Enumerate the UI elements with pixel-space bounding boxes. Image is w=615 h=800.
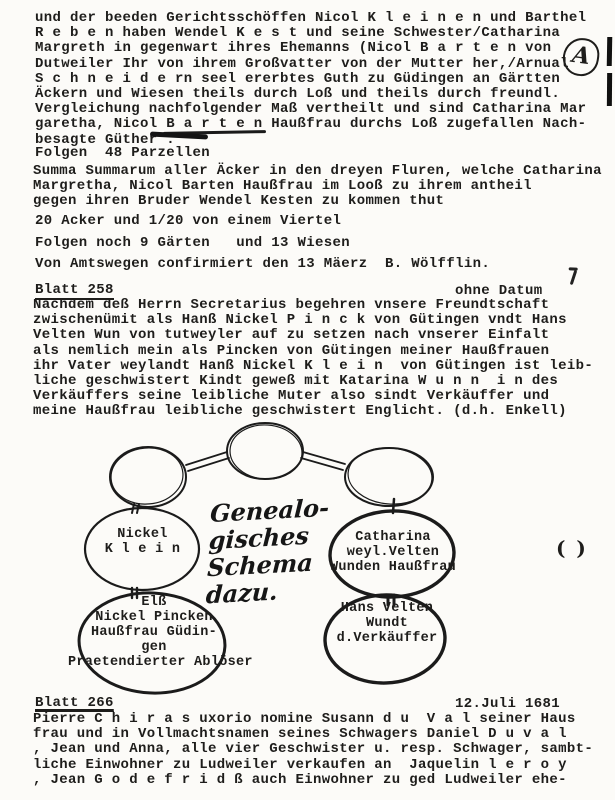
parcels-line: Folgen 48 Parzellen <box>35 146 210 161</box>
blatt-266-heading: Blatt 266 <box>35 696 114 712</box>
marriage-line-right-a <box>303 452 345 464</box>
diagram-node-wundt: Hans Velten Wundt d.Verkäuffer <box>327 601 447 646</box>
handwritten-note: Genealo- gisches Schema dazu. <box>205 494 330 609</box>
scanned-document-page: und der beeden Gerichtsschöffen Nicol K … <box>0 0 615 800</box>
paragraph-block-1: und der beeden Gerichtsschöffen Nicol K … <box>35 11 586 148</box>
diagram-node-klein: Nickel K l e i n <box>85 527 200 557</box>
marriage-line-left-a <box>186 452 227 465</box>
paragraph-block-4: Pierre C h i r a s uxorio nomine Susann … <box>33 712 593 788</box>
paragraph-block-2: Summa Summarum aller Äcker in den dreyen… <box>33 164 602 210</box>
diagram-node-pincken: Elß Nickel Pincken Haußfrau Güdin- gen P… <box>68 595 240 670</box>
marriage-line-left-b <box>188 458 229 471</box>
paragraph-block-3: Nachdem deß Herrn Secretarius begehren v… <box>33 298 593 420</box>
acker-line: 20 Acker und 1/20 von einem Viertel <box>35 214 341 229</box>
confirm-line: Von Amtswegen confirmiert den 13 Mäerz B… <box>35 257 490 272</box>
margin-mark-bar-2 <box>607 73 612 106</box>
marriage-line-right-b <box>301 458 343 470</box>
margin-mark-bar-1 <box>607 37 613 66</box>
folgen-line: Folgen noch 9 Gärten und 13 Wiesen <box>35 236 350 251</box>
handwritten-tick-mark <box>570 270 577 285</box>
blatt-266-date: 12.Juli 1681 <box>455 697 560 712</box>
paren-pen-mark: ( ) <box>556 536 588 560</box>
diagram-node-catharina: Catharina weyl.Velten Wunden Haußfrau <box>329 530 457 575</box>
